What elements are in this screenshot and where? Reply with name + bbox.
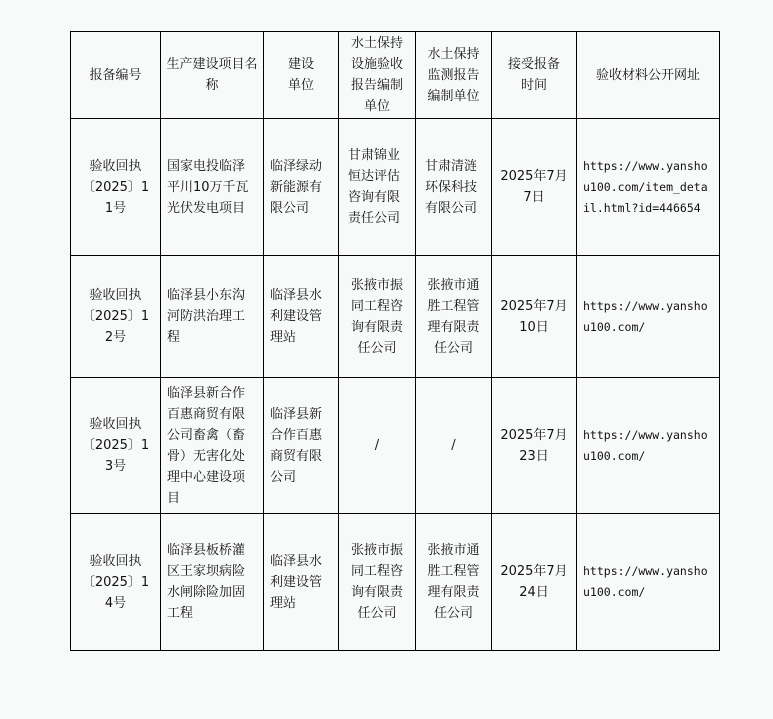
filing-no: 验收回执〔2025〕14号 xyxy=(71,514,161,651)
monitoring-report-unit: 甘肃清涟环保科技有限公司 xyxy=(416,119,492,256)
filing-no: 验收回执〔2025〕13号 xyxy=(71,378,161,514)
acceptance-filing-table: 报备编号 生产建设项目名称 建设单位 水土保持设施验收报告编制单位 水土保持监测… xyxy=(70,31,720,651)
header-filing-date: 接受报备时间 xyxy=(492,32,577,119)
project-name: 临泽县新合作百惠商贸有限公司畜禽（畜骨）无害化处理中心建设项目 xyxy=(161,378,264,514)
acceptance-report-unit: 张掖市振同工程咨询有限责任公司 xyxy=(339,514,416,651)
monitoring-report-unit: 张掖市通胜工程管理有限责任公司 xyxy=(416,514,492,651)
header-public-url: 验收材料公开网址 xyxy=(577,32,720,119)
acceptance-report-unit: 甘肃锦业恒达评估咨询有限责任公司 xyxy=(339,119,416,256)
construction-unit: 临泽县水利建设管理站 xyxy=(264,256,339,378)
table-row: 验收回执〔2025〕11号 国家电投临泽平川10万千瓦光伏发电项目 临泽绿动新能… xyxy=(71,119,720,256)
filing-no: 验收回执〔2025〕12号 xyxy=(71,256,161,378)
public-url-link[interactable]: https://www.yanshou100.com/ xyxy=(577,256,720,378)
header-monitoring-report-unit: 水土保持监测报告编制单位 xyxy=(416,32,492,119)
project-name: 国家电投临泽平川10万千瓦光伏发电项目 xyxy=(161,119,264,256)
monitoring-report-unit: / xyxy=(416,378,492,514)
filing-date: 2025年7月10日 xyxy=(492,256,577,378)
project-name: 临泽县小东沟河防洪治理工程 xyxy=(161,256,264,378)
acceptance-report-unit: 张掖市振同工程咨询有限责任公司 xyxy=(339,256,416,378)
public-url-link[interactable]: https://www.yanshou100.com/ xyxy=(577,514,720,651)
header-project-name: 生产建设项目名称 xyxy=(161,32,264,119)
table-row: 验收回执〔2025〕14号 临泽县板桥灌区王家坝病险水闸除险加固工程 临泽县水利… xyxy=(71,514,720,651)
acceptance-report-unit: / xyxy=(339,378,416,514)
header-filing-no: 报备编号 xyxy=(71,32,161,119)
monitoring-report-unit: 张掖市通胜工程管理有限责任公司 xyxy=(416,256,492,378)
construction-unit: 临泽县水利建设管理站 xyxy=(264,514,339,651)
table-row: 验收回执〔2025〕13号 临泽县新合作百惠商贸有限公司畜禽（畜骨）无害化处理中… xyxy=(71,378,720,514)
public-url-link[interactable]: https://www.yanshou100.com/item_detail.h… xyxy=(577,119,720,256)
filing-date: 2025年7月24日 xyxy=(492,514,577,651)
construction-unit: 临泽县新合作百惠商贸有限公司 xyxy=(264,378,339,514)
header-acceptance-report-unit: 水土保持设施验收报告编制单位 xyxy=(339,32,416,119)
filing-date: 2025年7月23日 xyxy=(492,378,577,514)
table-row: 验收回执〔2025〕12号 临泽县小东沟河防洪治理工程 临泽县水利建设管理站 张… xyxy=(71,256,720,378)
public-url-link[interactable]: https://www.yanshou100.com/ xyxy=(577,378,720,514)
header-construction-unit: 建设单位 xyxy=(264,32,339,119)
filing-no: 验收回执〔2025〕11号 xyxy=(71,119,161,256)
project-name: 临泽县板桥灌区王家坝病险水闸除险加固工程 xyxy=(161,514,264,651)
filing-date: 2025年7月7日 xyxy=(492,119,577,256)
header-row: 报备编号 生产建设项目名称 建设单位 水土保持设施验收报告编制单位 水土保持监测… xyxy=(71,32,720,119)
construction-unit: 临泽绿动新能源有限公司 xyxy=(264,119,339,256)
